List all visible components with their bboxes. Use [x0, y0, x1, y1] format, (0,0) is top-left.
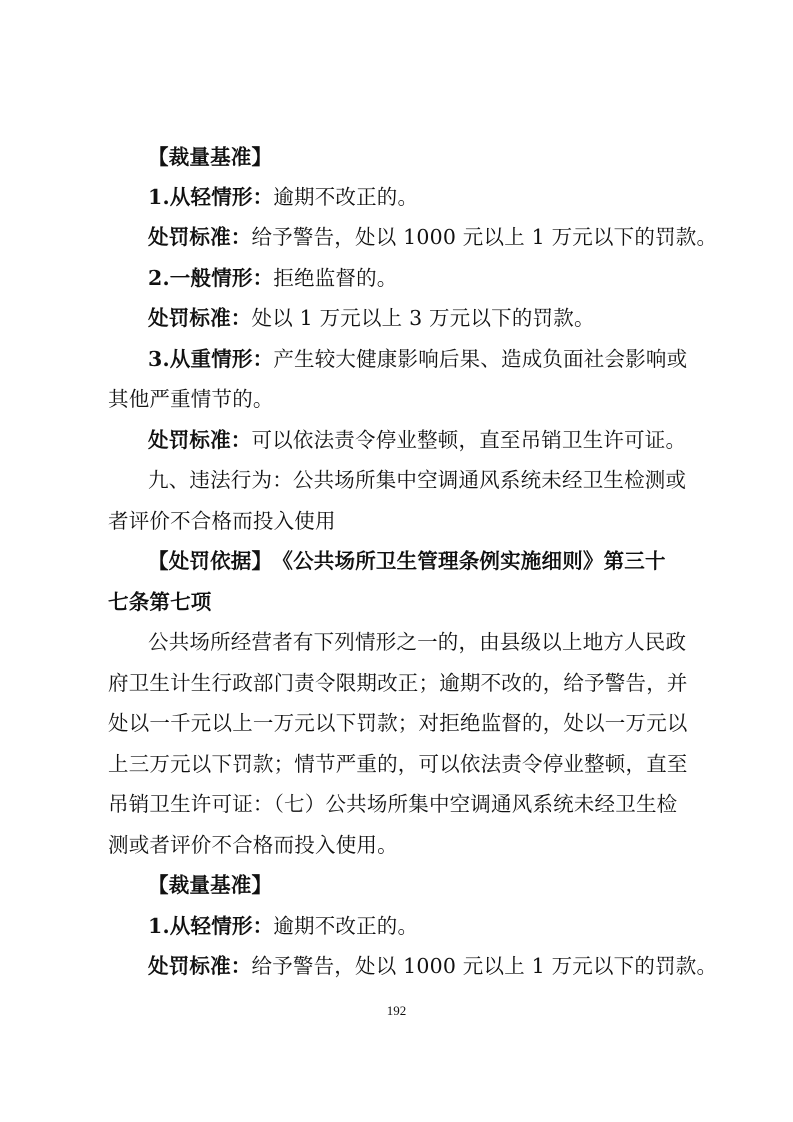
- text-penalty: 可以依法责令停业整顿，直至吊销卫生许可证。: [252, 428, 687, 452]
- heading-text: 【裁量基准】: [148, 145, 272, 169]
- text-penalty: 给予警告，处以 1000 元以上 1 万元以下的罚款。: [252, 225, 718, 249]
- regulation-text-line: 府卫生计生行政部门责令限期改正；逾期不改的，给予警告，并: [108, 671, 688, 695]
- regulation-text-line: 公共场所经营者有下列情形之一的，由县级以上地方人民政: [148, 630, 686, 654]
- paragraph-severe-case: 3.从重情形：产生较大健康影响后果、造成负面社会影响或: [148, 345, 698, 373]
- section-nine-title: 九、违法行为：公共场所集中空调通风系统未经卫生检测或: [148, 466, 698, 494]
- paragraph-lenient-case: 1.从轻情形：逾期不改正的。: [148, 183, 698, 211]
- label-lenient: 1.从轻情形：: [148, 185, 273, 209]
- label-severe: 3.从重情形：: [148, 347, 273, 371]
- section-title-text: 九、违法行为：公共场所集中空调通风系统未经卫生检测或: [148, 468, 686, 492]
- label-penalty: 处罚标准：: [148, 954, 252, 978]
- paragraph-lenient-case-2: 1.从轻情形：逾期不改正的。: [148, 912, 698, 940]
- document-page: 【裁量基准】 1.从轻情形：逾期不改正的。 处罚标准：给予警告，处以 1000 …: [0, 0, 793, 1122]
- regulation-text-line: 处以一千元以上一万元以下罚款；对拒绝监督的，处以一万元以: [108, 711, 688, 735]
- text-penalty: 给予警告，处以 1000 元以上 1 万元以下的罚款。: [252, 954, 718, 978]
- paragraph-penalty-severe: 处罚标准：可以依法责令停业整顿，直至吊销卫生许可证。: [148, 426, 698, 454]
- text-lenient: 逾期不改正的。: [273, 185, 418, 209]
- regulation-text-line: 吊销卫生许可证：（七）公共场所集中空调通风系统未经卫生检: [108, 792, 677, 816]
- paragraph-regulation-text-3: 处以一千元以上一万元以下罚款；对拒绝监督的，处以一万元以: [108, 709, 698, 737]
- section-nine-title-cont: 者评价不合格而投入使用: [108, 507, 698, 535]
- text-severe-cont: 其他严重情节的。: [108, 387, 274, 411]
- label-penalty: 处罚标准：: [148, 428, 252, 452]
- paragraph-regulation-text-5: 吊销卫生许可证：（七）公共场所集中空调通风系统未经卫生检: [108, 790, 698, 818]
- text-penalty: 处以 1 万元以上 3 万元以下的罚款。: [252, 306, 595, 330]
- label-penalty: 处罚标准：: [148, 225, 252, 249]
- paragraph-severe-case-cont: 其他严重情节的。: [108, 385, 698, 413]
- heading-discretion-standard-2: 【裁量基准】: [148, 871, 698, 899]
- paragraph-regulation-text-4: 上三万元以下罚款；情节严重的，可以依法责令停业整顿，直至: [108, 750, 698, 778]
- text-severe: 产生较大健康影响后果、造成负面社会影响或: [273, 347, 687, 371]
- heading-penalty-basis-cont: 七条第七项: [108, 588, 698, 616]
- heading-penalty-basis: 【处罚依据】 《公共场所卫生管理条例实施细则》第三十: [148, 547, 698, 575]
- paragraph-penalty-lenient-2: 处罚标准：给予警告，处以 1000 元以上 1 万元以下的罚款。: [148, 952, 698, 980]
- text-general: 拒绝监督的。: [273, 266, 397, 290]
- paragraph-penalty-lenient: 处罚标准：给予警告，处以 1000 元以上 1 万元以下的罚款。: [148, 223, 698, 251]
- regulation-text-line: 测或者评价不合格而投入使用。: [108, 833, 398, 857]
- label-penalty: 处罚标准：: [148, 306, 252, 330]
- regulation-text-line: 上三万元以下罚款；情节严重的，可以依法责令停业整顿，直至: [108, 752, 688, 776]
- text-lenient: 逾期不改正的。: [273, 914, 418, 938]
- paragraph-regulation-text: 公共场所经营者有下列情形之一的，由县级以上地方人民政: [148, 628, 698, 656]
- label-lenient: 1.从轻情形：: [148, 914, 273, 938]
- paragraph-regulation-text-2: 府卫生计生行政部门责令限期改正；逾期不改的，给予警告，并: [108, 669, 698, 697]
- heading-discretion-standard: 【裁量基准】: [148, 143, 698, 171]
- paragraph-regulation-text-6: 测或者评价不合格而投入使用。: [108, 831, 698, 859]
- label-general: 2.一般情形：: [148, 266, 273, 290]
- heading-text: 【裁量基准】: [148, 873, 272, 897]
- section-title-text-cont: 者评价不合格而投入使用: [108, 509, 336, 533]
- paragraph-general-case: 2.一般情形：拒绝监督的。: [148, 264, 698, 292]
- penalty-basis-text-cont: 七条第七项: [108, 590, 212, 614]
- paragraph-penalty-general: 处罚标准：处以 1 万元以上 3 万元以下的罚款。: [148, 304, 698, 332]
- penalty-basis-text: 【处罚依据】 《公共场所卫生管理条例实施细则》第三十: [148, 549, 666, 573]
- page-number: 192: [0, 1003, 793, 1019]
